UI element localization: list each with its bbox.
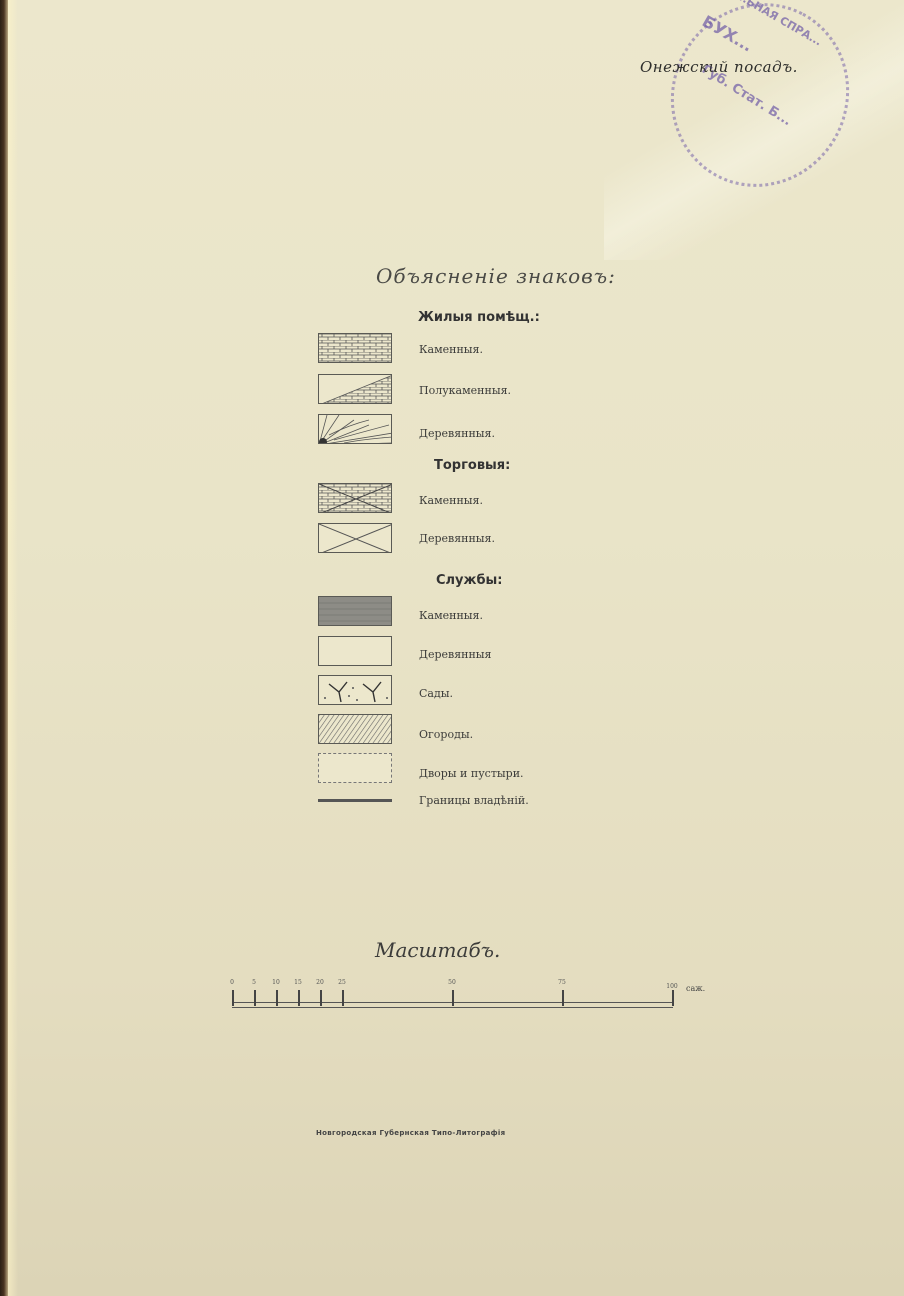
scale-tick	[562, 990, 564, 1006]
legend-label: Деревянныя	[419, 648, 492, 661]
scale-tick	[276, 990, 278, 1006]
page-edge-highlight	[8, 0, 18, 1296]
scale-tick-label: 20	[316, 979, 324, 986]
scale-tick-label: 100	[666, 983, 677, 990]
legend-label: Сады.	[419, 687, 453, 700]
scale-tick-label: 0	[230, 979, 234, 986]
brick-pattern-icon	[318, 333, 392, 363]
scale-title: Масштабъ.	[375, 938, 500, 962]
garden-tree-icon	[318, 675, 392, 705]
scale-tick-label: 25	[338, 979, 346, 986]
legend-label: Полукаменныя.	[419, 384, 511, 397]
legend-label: Каменныя.	[419, 609, 483, 622]
legend-label: Дворы и пустыри.	[419, 767, 524, 780]
solid-line-icon	[318, 799, 392, 802]
empty-box-icon	[318, 636, 392, 666]
legend-label: Деревянныя.	[419, 532, 495, 545]
dark-hatch-icon	[318, 596, 392, 626]
legend-label: Границы владѣній.	[419, 794, 529, 807]
book-spine-edge	[0, 0, 8, 1296]
scale-tick	[320, 990, 322, 1006]
scale-tick-label: 10	[272, 979, 280, 986]
section-heading-residential: Жилыя помѣщ.:	[418, 310, 540, 325]
legend-label: Огороды.	[419, 728, 473, 741]
printer-imprint: Новгородская Губернская Типо-Литографія	[316, 1129, 505, 1137]
scale-unit: саж.	[686, 984, 705, 993]
scale-tick-label: 50	[448, 979, 456, 986]
dotted-box-icon	[318, 753, 392, 783]
scale-tick	[298, 990, 300, 1006]
section-heading-outbuildings: Службы:	[436, 573, 503, 588]
legend-label: Деревянныя.	[419, 427, 495, 440]
scale-tick	[232, 990, 234, 1006]
scale-tick-label: 75	[558, 979, 566, 986]
scale-tick	[672, 990, 674, 1006]
scale-tick-label: 5	[252, 979, 256, 986]
section-heading-commercial: Торговыя:	[434, 458, 510, 473]
scale-tick	[452, 990, 454, 1006]
brick-cross-icon	[318, 483, 392, 513]
scale-tick	[254, 990, 256, 1006]
wood-pattern-icon	[318, 414, 392, 444]
legend-label: Каменныя.	[419, 494, 483, 507]
half-brick-pattern-icon	[318, 374, 392, 404]
legend-title: Объясненіе знаковъ:	[376, 264, 616, 288]
cross-box-icon	[318, 523, 392, 553]
diagonal-hatch-icon	[318, 714, 392, 744]
handwritten-location-note: Онежский посадъ.	[640, 58, 798, 76]
legend-label: Каменныя.	[419, 343, 483, 356]
scale-tick	[342, 990, 344, 1006]
scale-tick-label: 15	[294, 979, 302, 986]
